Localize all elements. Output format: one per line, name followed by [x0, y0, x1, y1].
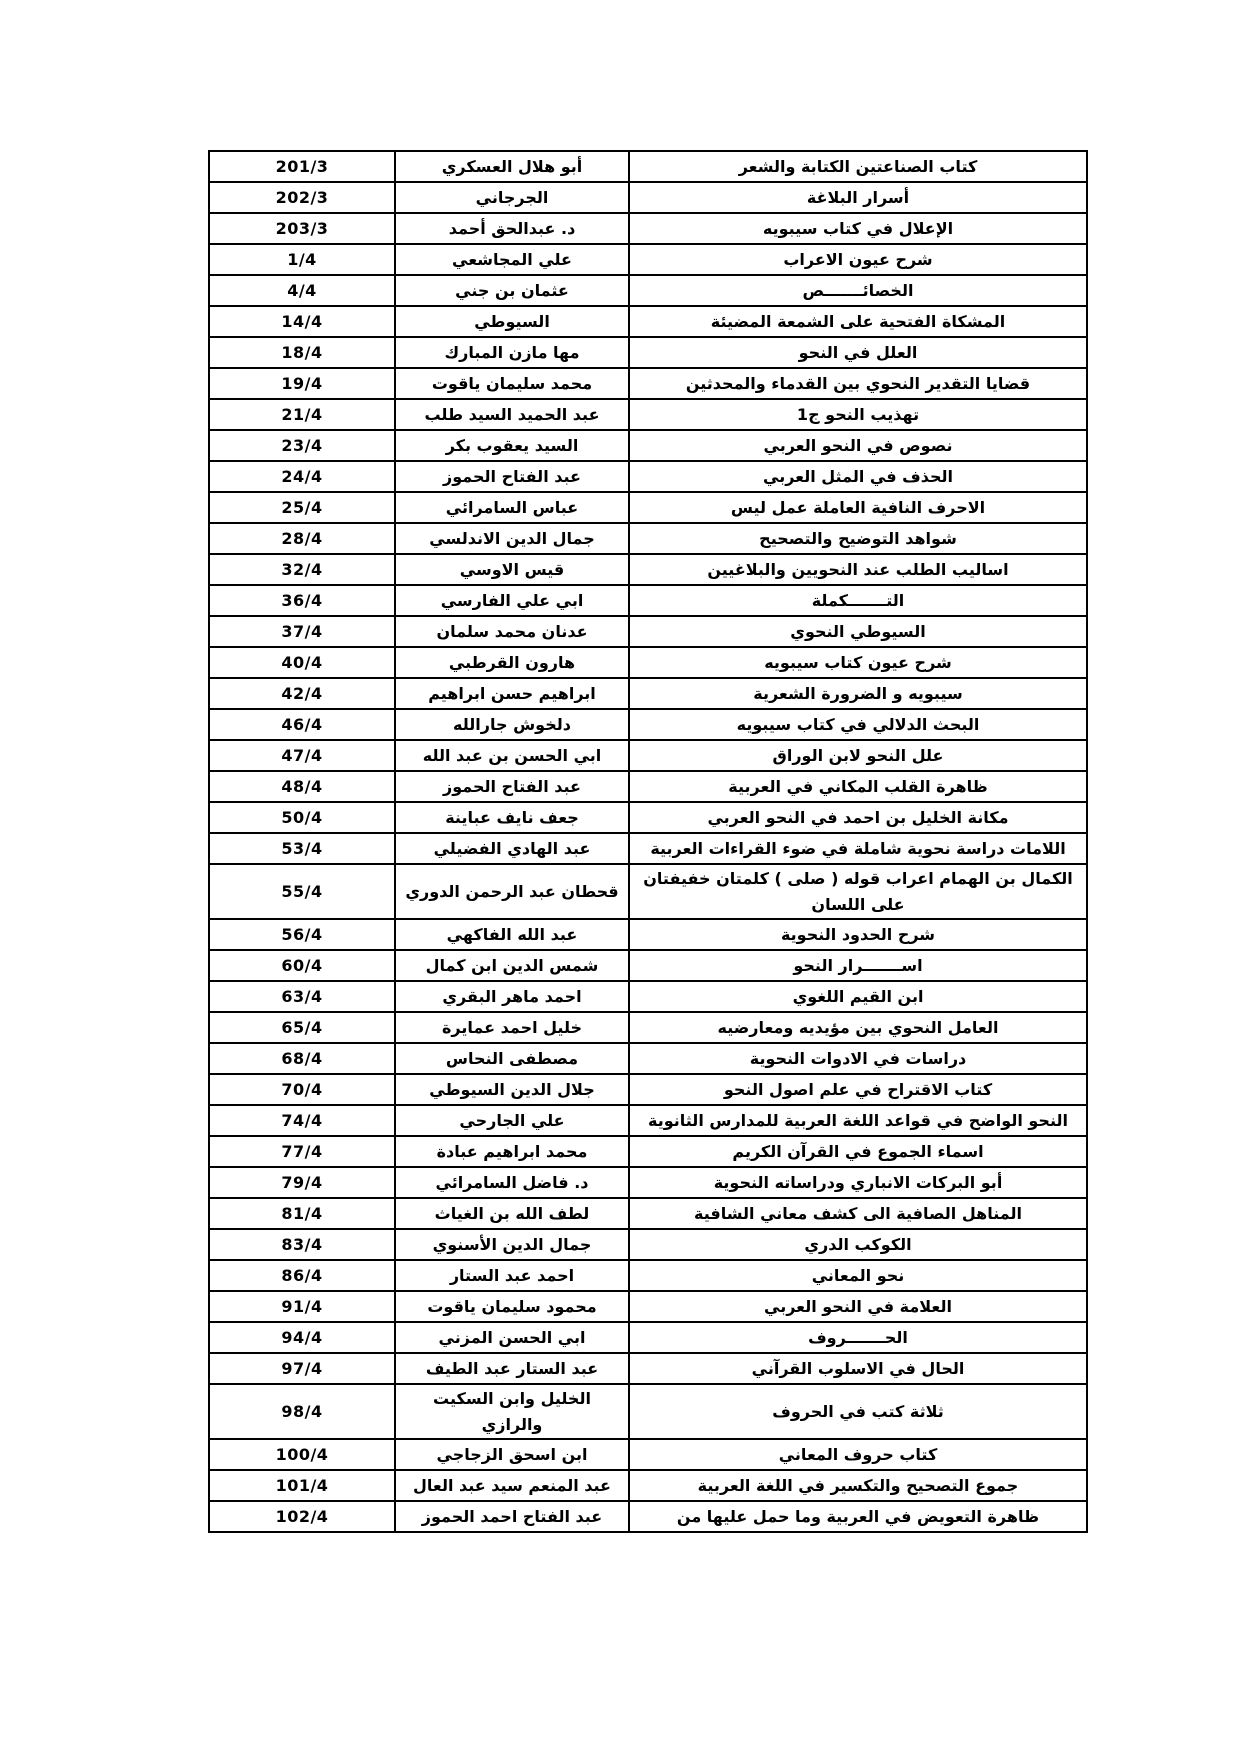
cell-author: جمال الدين الاندلسي: [395, 523, 629, 554]
table-row: قضايا التقدير النحوي بين القدماء والمحدث…: [209, 368, 1087, 399]
table-row: الحذف في المثل العربيعبد الفتاح الحموز24…: [209, 461, 1087, 492]
cell-number: 65/4: [209, 1012, 395, 1043]
cell-number: 36/4: [209, 585, 395, 616]
cell-number: 74/4: [209, 1105, 395, 1136]
cell-author: أبو هلال العسكري: [395, 151, 629, 182]
cell-number: 86/4: [209, 1260, 395, 1291]
table-row: علل النحو لابن الوراقابي الحسن بن عبد ال…: [209, 740, 1087, 771]
cell-title: الحال في الاسلوب القرآني: [629, 1353, 1087, 1384]
cell-author: عبد الفتاح احمد الحموز: [395, 1501, 629, 1532]
table-row: المناهل الصافية الى كشف معاني الشافيةلطف…: [209, 1198, 1087, 1229]
table-row: مكانة الخليل بن احمد في النحو العربيجعف …: [209, 802, 1087, 833]
table-row: سيبويه و الضرورة الشعريةابراهيم حسن ابرا…: [209, 678, 1087, 709]
table-row: الكمال بن الهمام اعراب قوله ( صلى ) كلمت…: [209, 864, 1087, 919]
cell-number: 37/4: [209, 616, 395, 647]
cell-author: عبد المنعم سيد عبد العال: [395, 1470, 629, 1501]
table-row: شواهد التوضيح والتصحيحجمال الدين الاندلس…: [209, 523, 1087, 554]
cell-number: 46/4: [209, 709, 395, 740]
cell-number: 25/4: [209, 492, 395, 523]
cell-number: 79/4: [209, 1167, 395, 1198]
cell-title: علل النحو لابن الوراق: [629, 740, 1087, 771]
table-row: كتاب الصناعتين الكتابة والشعرأبو هلال ال…: [209, 151, 1087, 182]
cell-author: الخليل وابن السكيت والرازي: [395, 1384, 629, 1439]
cell-title: تهذيب النحو ج1: [629, 399, 1087, 430]
cell-author: عبد الستار عبد الطيف: [395, 1353, 629, 1384]
table-row: دراسات في الادوات النحويةمصطفى النحاس68/…: [209, 1043, 1087, 1074]
cell-number: 60/4: [209, 950, 395, 981]
table-row: ظاهرة التعويض في العربية وما حمل عليها م…: [209, 1501, 1087, 1532]
cell-title: المشكاة الفتحية على الشمعة المضيئة: [629, 306, 1087, 337]
cell-title: نحو المعاني: [629, 1260, 1087, 1291]
cell-number: 83/4: [209, 1229, 395, 1260]
table-row: اساليب الطلب عند النحويين والبلاغيينقيس …: [209, 554, 1087, 585]
table-row: اللامات دراسة نحوية شاملة في ضوء القراءا…: [209, 833, 1087, 864]
cell-title: السيوطي النحوي: [629, 616, 1087, 647]
cell-author: شمس الدين ابن كمال: [395, 950, 629, 981]
cell-author: محمد سليمان ياقوت: [395, 368, 629, 399]
table-row: نصوص في النحو العربيالسيد يعقوب بكر23/4: [209, 430, 1087, 461]
cell-number: 201/3: [209, 151, 395, 182]
cell-author: مصطفى النحاس: [395, 1043, 629, 1074]
cell-number: 63/4: [209, 981, 395, 1012]
cell-title: اللامات دراسة نحوية شاملة في ضوء القراءا…: [629, 833, 1087, 864]
cell-title: الإعلال في كتاب سيبويه: [629, 213, 1087, 244]
cell-author: عبد الهادي الفضيلي: [395, 833, 629, 864]
cell-number: 32/4: [209, 554, 395, 585]
cell-number: 68/4: [209, 1043, 395, 1074]
cell-author: عبد الفتاح الحموز: [395, 771, 629, 802]
cell-author: ابي الحسن بن عبد الله: [395, 740, 629, 771]
cell-number: 70/4: [209, 1074, 395, 1105]
cell-author: جعف نايف عباينة: [395, 802, 629, 833]
cell-author: علي المجاشعي: [395, 244, 629, 275]
cell-title: ابن القيم اللغوي: [629, 981, 1087, 1012]
cell-author: دلخوش جارالله: [395, 709, 629, 740]
cell-title: أبو البركات الانباري ودراساته النحوية: [629, 1167, 1087, 1198]
cell-title: العلل في النحو: [629, 337, 1087, 368]
cell-title: شرح عيون الاعراب: [629, 244, 1087, 275]
table-row: شرح عيون الاعرابعلي المجاشعي1/4: [209, 244, 1087, 275]
cell-title: اسماء الجموع في القرآن الكريم: [629, 1136, 1087, 1167]
table-row: اسماء الجموع في القرآن الكريممحمد ابراهي…: [209, 1136, 1087, 1167]
table-row: النحو الواضح في قواعد اللغة العربية للمد…: [209, 1105, 1087, 1136]
cell-author: السيد يعقوب بكر: [395, 430, 629, 461]
cell-title: شواهد التوضيح والتصحيح: [629, 523, 1087, 554]
cell-title: الحـــــــروف: [629, 1322, 1087, 1353]
table-row: ظاهرة القلب المكاني في العربيةعبد الفتاح…: [209, 771, 1087, 802]
table-row: العلل في النحومها مازن المبارك18/4: [209, 337, 1087, 368]
cell-author: عبد الله الفاكهي: [395, 919, 629, 950]
table-row: السيوطي النحويعدنان محمد سلمان37/4: [209, 616, 1087, 647]
cell-number: 55/4: [209, 864, 395, 919]
cell-title: ثلاثة كتب في الحروف: [629, 1384, 1087, 1439]
cell-number: 100/4: [209, 1439, 395, 1470]
table-row: كتاب حروف المعانيابن اسحق الزجاجي100/4: [209, 1439, 1087, 1470]
cell-number: 98/4: [209, 1384, 395, 1439]
cell-title: العامل النحوي بين مؤيديه ومعارضيه: [629, 1012, 1087, 1043]
table-row: اســـــــرار النحوشمس الدين ابن كمال60/4: [209, 950, 1087, 981]
cell-title: ظاهرة التعويض في العربية وما حمل عليها م…: [629, 1501, 1087, 1532]
cell-author: مها مازن المبارك: [395, 337, 629, 368]
cell-number: 94/4: [209, 1322, 395, 1353]
cell-number: 40/4: [209, 647, 395, 678]
cell-number: 203/3: [209, 213, 395, 244]
cell-title: قضايا التقدير النحوي بين القدماء والمحدث…: [629, 368, 1087, 399]
table-row: المشكاة الفتحية على الشمعة المضيئةالسيوط…: [209, 306, 1087, 337]
cell-number: 102/4: [209, 1501, 395, 1532]
cell-author: ابي علي الفارسي: [395, 585, 629, 616]
cell-title: البحث الدلالي في كتاب سيبويه: [629, 709, 1087, 740]
cell-author: عباس السامرائي: [395, 492, 629, 523]
cell-number: 50/4: [209, 802, 395, 833]
cell-author: جمال الدين الأسنوي: [395, 1229, 629, 1260]
document-page: كتاب الصناعتين الكتابة والشعرأبو هلال ال…: [0, 0, 1239, 1754]
cell-title: المناهل الصافية الى كشف معاني الشافية: [629, 1198, 1087, 1229]
cell-title: كتاب الصناعتين الكتابة والشعر: [629, 151, 1087, 182]
cell-title: دراسات في الادوات النحوية: [629, 1043, 1087, 1074]
table-row: العلامة في النحو العربيمحمود سليمان ياقو…: [209, 1291, 1087, 1322]
cell-title: شرح عيون كتاب سيبويه: [629, 647, 1087, 678]
cell-author: علي الجارحي: [395, 1105, 629, 1136]
cell-number: 97/4: [209, 1353, 395, 1384]
cell-title: مكانة الخليل بن احمد في النحو العربي: [629, 802, 1087, 833]
cell-number: 1/4: [209, 244, 395, 275]
table-row: الاحرف النافية العاملة عمل ليسعباس السام…: [209, 492, 1087, 523]
table-row: شرح عيون كتاب سيبويههارون القرطبي40/4: [209, 647, 1087, 678]
table-row: كتاب الاقتراح في علم اصول النحوجلال الدي…: [209, 1074, 1087, 1105]
cell-author: قحطان عبد الرحمن الدوري: [395, 864, 629, 919]
cell-author: د. عبدالحق أحمد: [395, 213, 629, 244]
cell-title: اساليب الطلب عند النحويين والبلاغيين: [629, 554, 1087, 585]
cell-title: أسرار البلاغة: [629, 182, 1087, 213]
cell-author: د. فاضل السامرائي: [395, 1167, 629, 1198]
cell-title: الخصائـــــــص: [629, 275, 1087, 306]
cell-author: عثمان بن جني: [395, 275, 629, 306]
cell-author: ابراهيم حسن ابراهيم: [395, 678, 629, 709]
cell-author: جلال الدين السيوطي: [395, 1074, 629, 1105]
table-row: نحو المعانياحمد عبد الستار86/4: [209, 1260, 1087, 1291]
cell-title: ظاهرة القلب المكاني في العربية: [629, 771, 1087, 802]
table-row: ابن القيم اللغوياحمد ماهر البقري63/4: [209, 981, 1087, 1012]
cell-number: 48/4: [209, 771, 395, 802]
table-row: الحـــــــروفابي الحسن المزني94/4: [209, 1322, 1087, 1353]
table-row: الكوكب الدريجمال الدين الأسنوي83/4: [209, 1229, 1087, 1260]
cell-number: 14/4: [209, 306, 395, 337]
table-row: التـــــــكملةابي علي الفارسي36/4: [209, 585, 1087, 616]
cell-title: النحو الواضح في قواعد اللغة العربية للمد…: [629, 1105, 1087, 1136]
table-row: العامل النحوي بين مؤيديه ومعارضيهخليل اح…: [209, 1012, 1087, 1043]
table-row: ثلاثة كتب في الحروفالخليل وابن السكيت وا…: [209, 1384, 1087, 1439]
cell-number: 24/4: [209, 461, 395, 492]
cell-number: 28/4: [209, 523, 395, 554]
table-row: الخصائـــــــصعثمان بن جني4/4: [209, 275, 1087, 306]
cell-title: نصوص في النحو العربي: [629, 430, 1087, 461]
cell-author: محمد ابراهيم عبادة: [395, 1136, 629, 1167]
cell-title: الكوكب الدري: [629, 1229, 1087, 1260]
cell-author: ابي الحسن المزني: [395, 1322, 629, 1353]
table-row: الحال في الاسلوب القرآنيعبد الستار عبد ا…: [209, 1353, 1087, 1384]
cell-title: التـــــــكملة: [629, 585, 1087, 616]
cell-title: اســـــــرار النحو: [629, 950, 1087, 981]
cell-number: 23/4: [209, 430, 395, 461]
table-row: تهذيب النحو ج1عبد الحميد السيد طلب21/4: [209, 399, 1087, 430]
cell-author: ابن اسحق الزجاجي: [395, 1439, 629, 1470]
cell-number: 18/4: [209, 337, 395, 368]
cell-author: محمود سليمان ياقوت: [395, 1291, 629, 1322]
cell-number: 53/4: [209, 833, 395, 864]
cell-author: السيوطي: [395, 306, 629, 337]
catalog-table-body: كتاب الصناعتين الكتابة والشعرأبو هلال ال…: [209, 151, 1087, 1532]
cell-author: خليل احمد عمايرة: [395, 1012, 629, 1043]
cell-author: عبد الحميد السيد طلب: [395, 399, 629, 430]
cell-author: احمد ماهر البقري: [395, 981, 629, 1012]
cell-author: احمد عبد الستار: [395, 1260, 629, 1291]
cell-title: شرح الحدود النحوية: [629, 919, 1087, 950]
cell-title: الاحرف النافية العاملة عمل ليس: [629, 492, 1087, 523]
table-row: الإعلال في كتاب سيبويهد. عبدالحق أحمد203…: [209, 213, 1087, 244]
cell-author: لطف الله بن الغياث: [395, 1198, 629, 1229]
cell-title: جموع التصحيح والتكسير في اللغة العربية: [629, 1470, 1087, 1501]
cell-number: 19/4: [209, 368, 395, 399]
cell-author: قيس الاوسي: [395, 554, 629, 585]
cell-author: الجرجاني: [395, 182, 629, 213]
cell-title: الكمال بن الهمام اعراب قوله ( صلى ) كلمت…: [629, 864, 1087, 919]
cell-title: كتاب الاقتراح في علم اصول النحو: [629, 1074, 1087, 1105]
cell-number: 77/4: [209, 1136, 395, 1167]
book-catalog-table: كتاب الصناعتين الكتابة والشعرأبو هلال ال…: [208, 150, 1088, 1533]
cell-author: عدنان محمد سلمان: [395, 616, 629, 647]
cell-number: 81/4: [209, 1198, 395, 1229]
table-row: شرح الحدود النحويةعبد الله الفاكهي56/4: [209, 919, 1087, 950]
cell-author: هارون القرطبي: [395, 647, 629, 678]
cell-number: 101/4: [209, 1470, 395, 1501]
cell-title: كتاب حروف المعاني: [629, 1439, 1087, 1470]
cell-title: العلامة في النحو العربي: [629, 1291, 1087, 1322]
cell-author: عبد الفتاح الحموز: [395, 461, 629, 492]
cell-number: 47/4: [209, 740, 395, 771]
table-row: أسرار البلاغةالجرجاني202/3: [209, 182, 1087, 213]
table-row: جموع التصحيح والتكسير في اللغة العربيةعب…: [209, 1470, 1087, 1501]
cell-title: الحذف في المثل العربي: [629, 461, 1087, 492]
cell-number: 56/4: [209, 919, 395, 950]
cell-number: 42/4: [209, 678, 395, 709]
cell-number: 202/3: [209, 182, 395, 213]
table-row: البحث الدلالي في كتاب سيبويهدلخوش جارالل…: [209, 709, 1087, 740]
cell-number: 91/4: [209, 1291, 395, 1322]
cell-number: 4/4: [209, 275, 395, 306]
cell-number: 21/4: [209, 399, 395, 430]
cell-title: سيبويه و الضرورة الشعرية: [629, 678, 1087, 709]
table-row: أبو البركات الانباري ودراساته النحويةد. …: [209, 1167, 1087, 1198]
